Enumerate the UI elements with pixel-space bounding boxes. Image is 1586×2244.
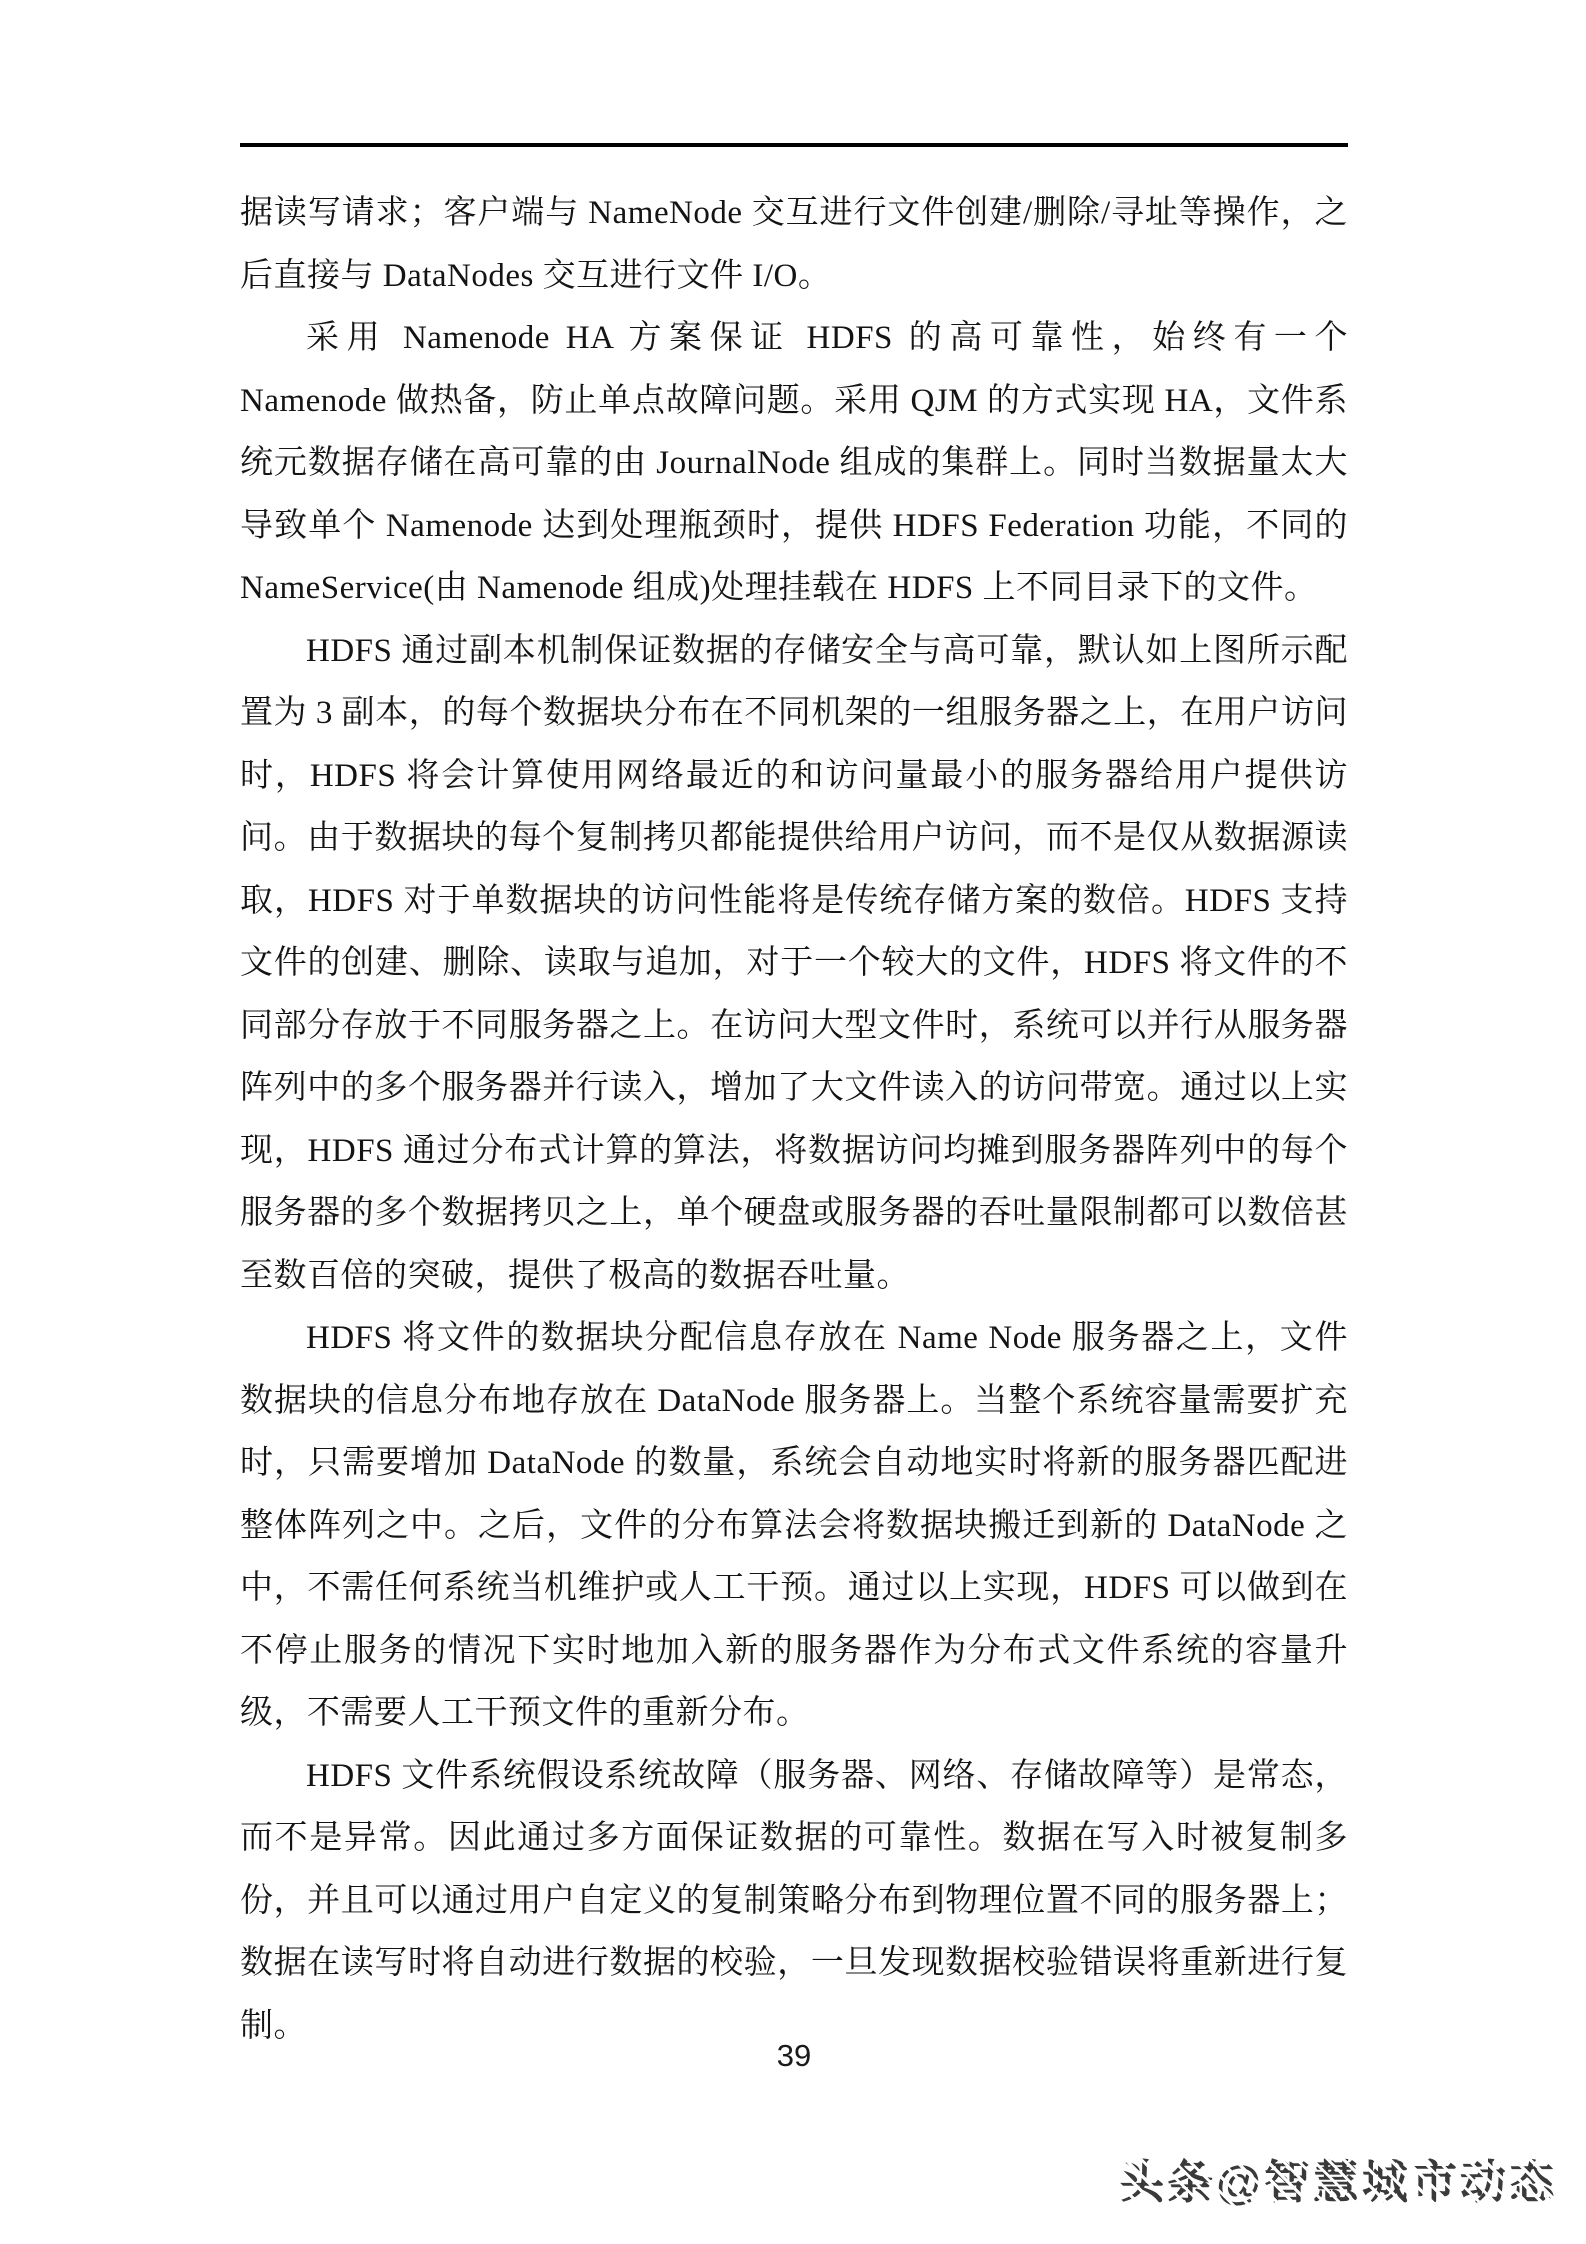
paragraph: HDFS 通过副本机制保证数据的存储安全与高可靠，默认如上图所示配置为 3 副本…: [240, 620, 1348, 1308]
paragraph: HDFS 将文件的数据块分配信息存放在 Name Node 服务器之上，文件数据…: [240, 1307, 1348, 1745]
document-page: 据读写请求；客户端与 NameNode 交互进行文件创建/删除/寻址等操作，之后…: [0, 0, 1586, 2244]
paragraph: HDFS 文件系统假设系统故障（服务器、网络、存储故障等）是常态，而不是异常。因…: [240, 1745, 1348, 2058]
watermark-text: 头条@智慧城市动态: [1118, 2156, 1558, 2208]
paragraph: 据读写请求；客户端与 NameNode 交互进行文件创建/删除/寻址等操作，之后…: [240, 182, 1348, 307]
paragraph: 采用 Namenode HA 方案保证 HDFS 的高可靠性，始终有一个 Nam…: [240, 307, 1348, 620]
page-number: 39: [240, 2038, 1348, 2074]
watermark: 头条@智慧城市动态: [1118, 2152, 1558, 2212]
header-rule: [240, 143, 1348, 147]
document-body: 据读写请求；客户端与 NameNode 交互进行文件创建/删除/寻址等操作，之后…: [240, 182, 1348, 2057]
